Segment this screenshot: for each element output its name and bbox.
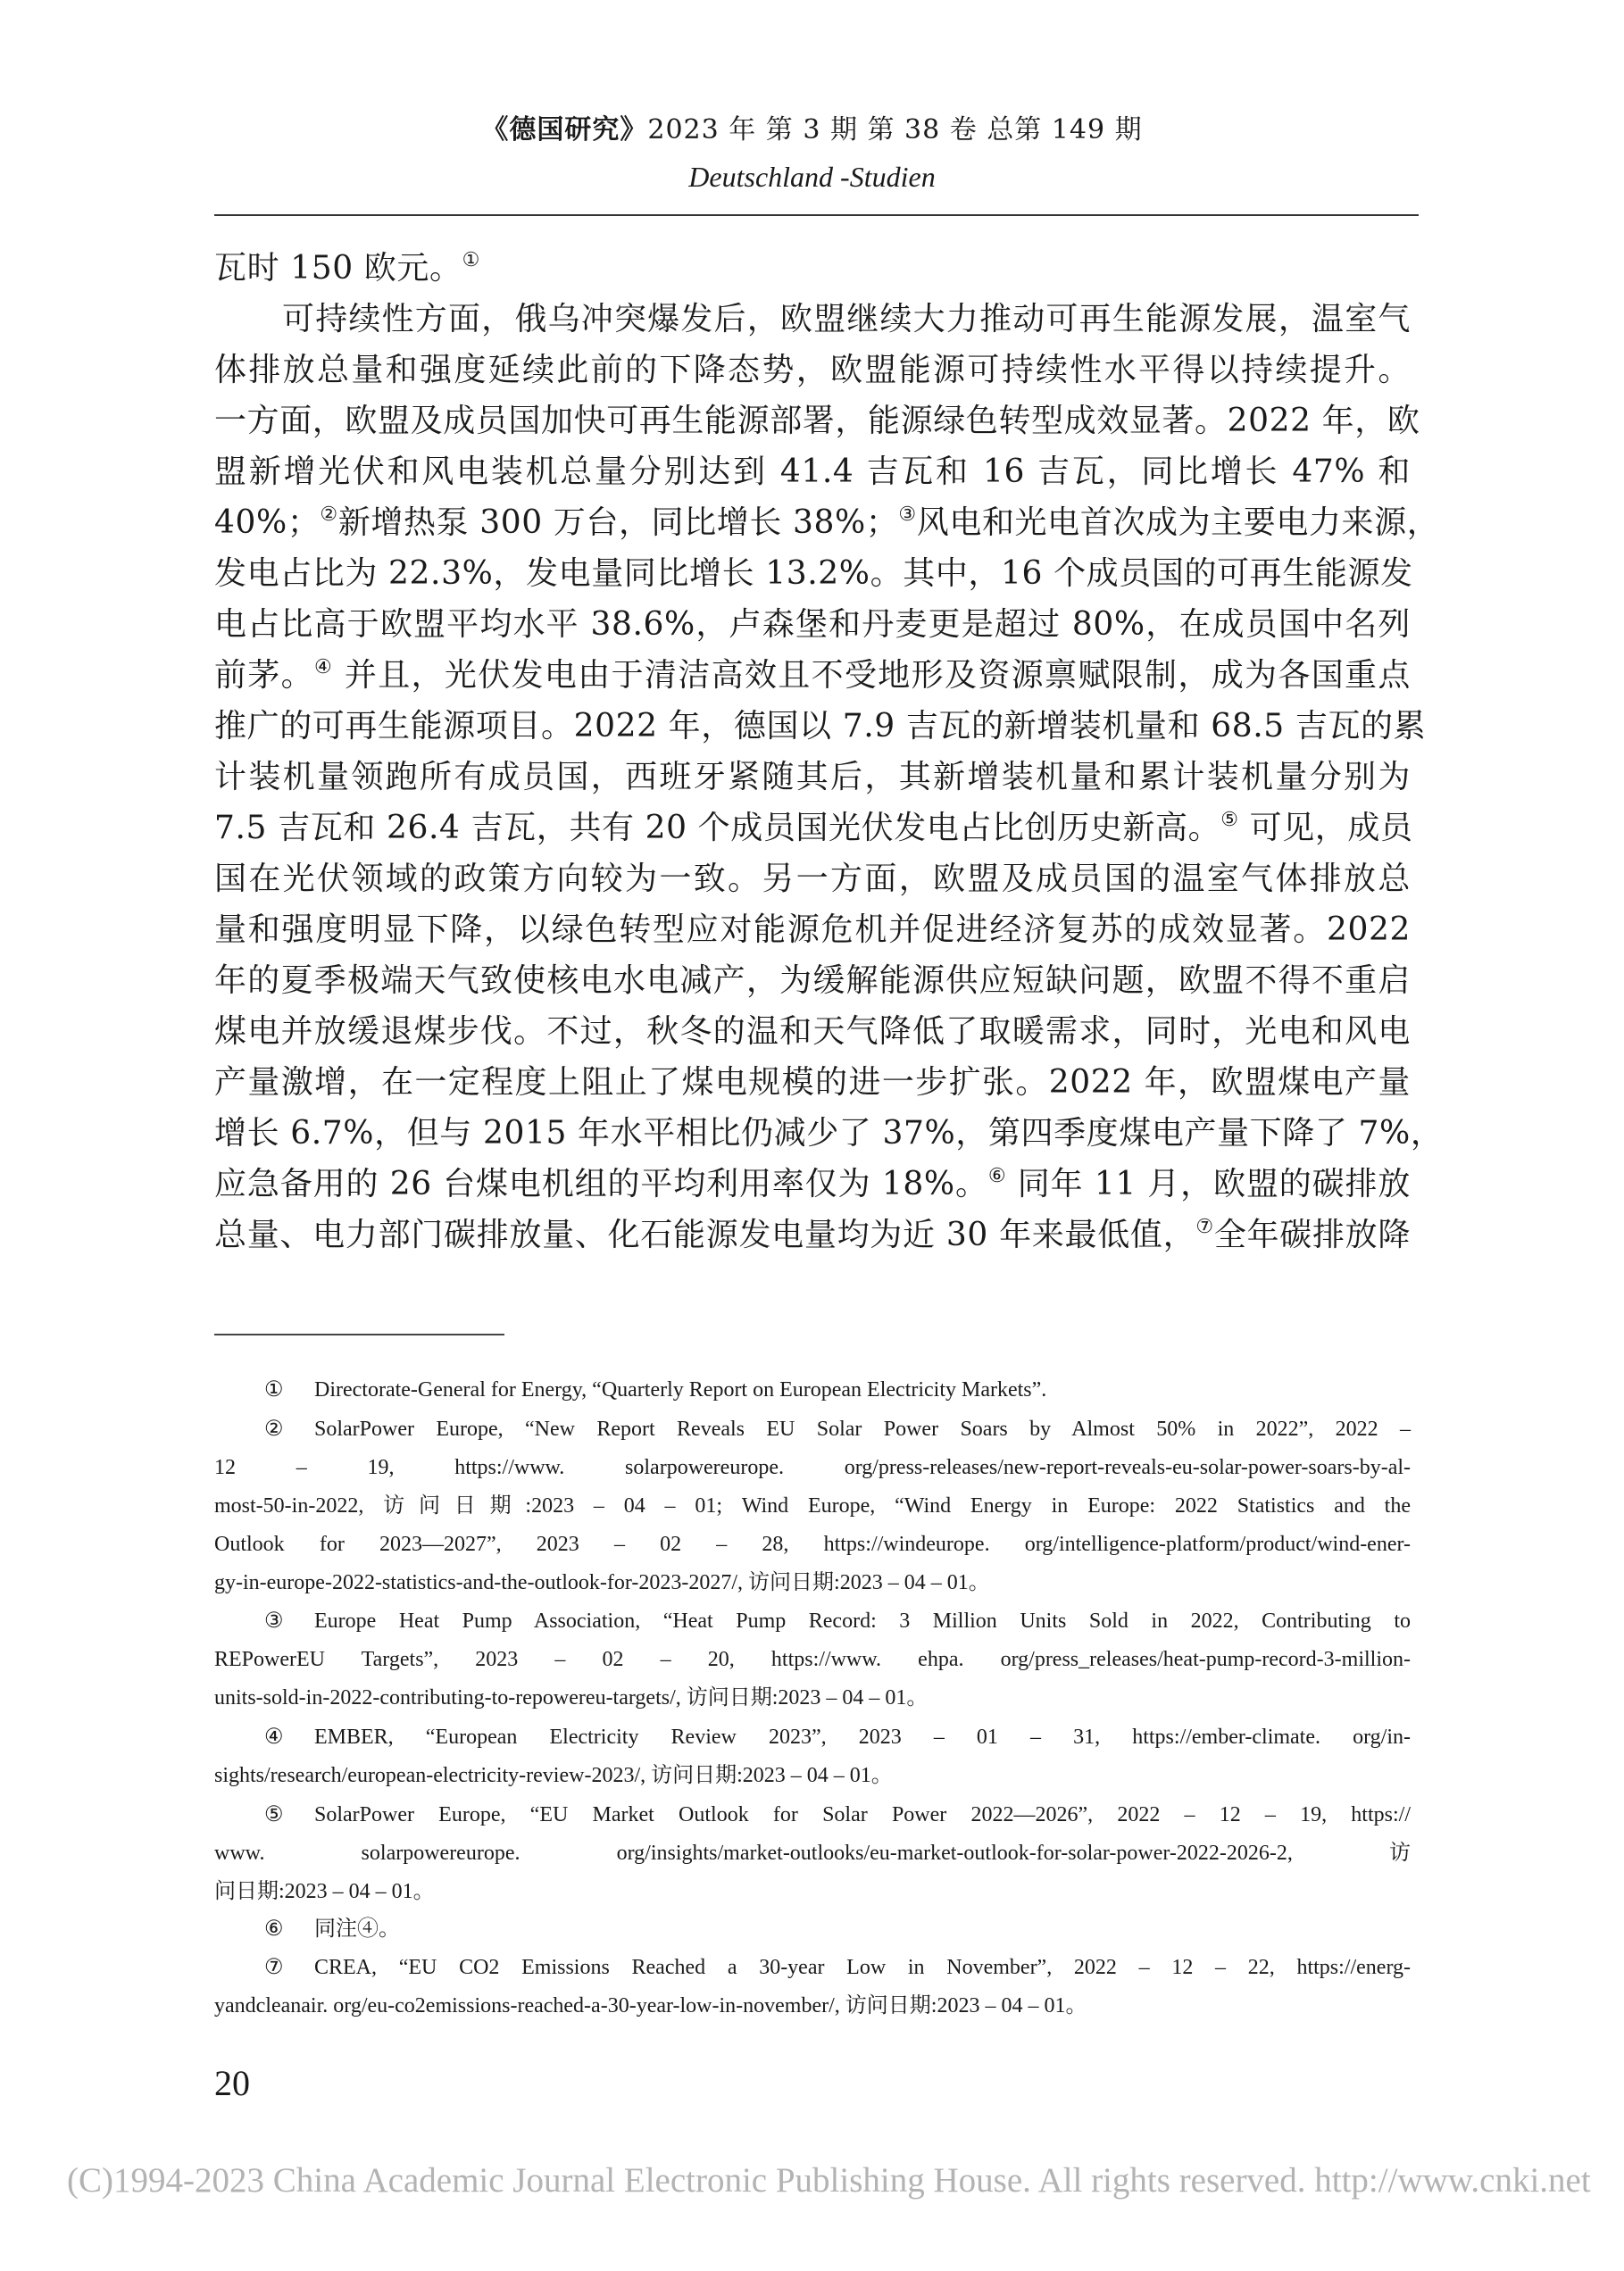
footnote-ref[interactable]: ④ — [314, 656, 333, 678]
footnote-line: ⑤SolarPower Europe, “EU Market Outlook f… — [264, 1796, 1411, 1834]
body-text-segment: 电占比高于欧盟平均水平 38.6%，卢森堡和丹麦更是超过 80%，在成员国中名列 — [214, 606, 1411, 643]
body-text-segment: 推广的可再生能源项目。2022 年，德国以 7.9 吉瓦的新增装机量和 68.5… — [214, 708, 1426, 745]
footnote-text: Outlook for 2023—2027”, 2023 – 02 – 28, … — [214, 1533, 1411, 1556]
body-line: 7.5 吉瓦和 26.4 吉瓦，共有 20 个成员国光伏发电占比创历史新高。⑤ … — [214, 803, 1411, 853]
footnote-line: ④EMBER, “European Electricity Review 202… — [264, 1718, 1411, 1757]
header-rule — [214, 214, 1419, 216]
body-text-segment: 总量、电力部门碳排放量、化石能源发电量均为近 30 年来最低值， — [214, 1217, 1195, 1253]
footnote-ref[interactable]: ① — [462, 249, 480, 271]
footnote-text: gy-in-europe-2022-statistics-and-the-out… — [214, 1571, 990, 1594]
footnote-ref[interactable]: ⑥ — [988, 1165, 1007, 1187]
footnote-text: Directorate-General for Energy, “Quarter… — [314, 1378, 1046, 1402]
body-line: 计装机量领跑所有成员国，西班牙紧随其后，其新增装机量和累计装机量分别为 — [214, 752, 1411, 803]
footnote-separator — [214, 1334, 504, 1335]
body-text-segment: 煤电并放缓退煤步伐。不过，秋冬的温和天气降低了取暖需求，同时，光电和风电 — [214, 1013, 1411, 1050]
footnote-line: 12 – 19, https://www. solarpowereurope. … — [214, 1449, 1411, 1487]
body-text-segment: 可持续性方面，俄乌冲突爆发后，欧盟继续大力推动可再生能源发展，温室气 — [282, 301, 1411, 337]
body-line: 煤电并放缓退煤步伐。不过，秋冬的温和天气降低了取暖需求，同时，光电和风电 — [214, 1006, 1411, 1057]
footnote-text: 问日期:2023 – 04 – 01。 — [214, 1880, 435, 1903]
body-text-segment: 增长 6.7%，但与 2015 年水平相比仍减少了 37%，第四季度煤电产量下降… — [214, 1115, 1443, 1152]
footnote-ref[interactable]: ⑦ — [1195, 1216, 1213, 1238]
footnote-marker: ④ — [264, 1718, 314, 1757]
body-line: 应急备用的 26 台煤电机组的平均利用率仅为 18%。⑥ 同年 11 月，欧盟的… — [214, 1159, 1411, 1210]
body-text-segment: 一方面，欧盟及成员国加快可再生能源部署，能源绿色转型成效显著。2022 年，欧 — [214, 403, 1420, 439]
body-line: 一方面，欧盟及成员国加快可再生能源部署，能源绿色转型成效显著。2022 年，欧 — [214, 395, 1411, 446]
footnote-line: units-sold-in-2022-contributing-to-repow… — [214, 1679, 1411, 1718]
footnote-line: www. solarpowereurope. org/insights/mark… — [214, 1834, 1411, 1873]
body-line: 可持续性方面，俄乌冲突爆发后，欧盟继续大力推动可再生能源发展，温室气 — [282, 294, 1411, 345]
body-line: 量和强度明显下降，以绿色转型应对能源危机并促进经济复苏的成效显著。2022 — [214, 904, 1411, 955]
footnote-line: Outlook for 2023—2027”, 2023 – 02 – 28, … — [214, 1526, 1411, 1564]
footnote-marker: ⑦ — [264, 1949, 314, 1987]
body-text-segment: 新增热泵 300 万台，同比增长 38%； — [338, 504, 899, 541]
body-line: 瓦时 150 欧元。① — [214, 243, 1411, 294]
footnote-line: ②SolarPower Europe, “New Report Reveals … — [264, 1410, 1411, 1449]
footnote-marker: ⑥ — [264, 1910, 314, 1949]
body-text-segment: 国在光伏领域的政策方向较为一致。另一方面，欧盟及成员国的温室气体排放总 — [214, 861, 1411, 897]
footnote-text: 12 – 19, https://www. solarpowereurope. … — [214, 1456, 1411, 1479]
body-line: 体排放总量和强度延续此前的下降态势，欧盟能源可持续性水平得以持续提升。 — [214, 345, 1411, 395]
footnote-text: CREA, “EU CO2 Emissions Reached a 30-yea… — [314, 1956, 1411, 1979]
footnote-line: REPowerEU Targets”, 2023 – 02 – 20, http… — [214, 1641, 1411, 1679]
footnote-text: most-50-in-2022, 访问日期:2023 – 04 – 01; Wi… — [214, 1494, 1411, 1518]
footnote-line: ③Europe Heat Pump Association, “Heat Pum… — [264, 1602, 1411, 1641]
body-text-segment: 发电占比为 22.3%，发电量同比增长 13.2%。其中，16 个成员国的可再生… — [214, 555, 1413, 592]
body-text-segment: 体排放总量和强度延续此前的下降态势，欧盟能源可持续性水平得以持续提升。 — [214, 352, 1411, 388]
body-text-segment: 瓦时 150 欧元。 — [214, 250, 462, 287]
footnote-line: ①Directorate-General for Energy, “Quarte… — [264, 1371, 1411, 1410]
body-line: 推广的可再生能源项目。2022 年，德国以 7.9 吉瓦的新增装机量和 68.5… — [214, 701, 1411, 752]
footnote-marker: ① — [264, 1371, 314, 1410]
body-text-segment: 产量激增，在一定程度上阻止了煤电规模的进一步扩张。2022 年，欧盟煤电产量 — [214, 1064, 1411, 1101]
body-text-segment: 盟新增光伏和风电装机总量分别达到 41.4 吉瓦和 16 吉瓦，同比增长 47%… — [214, 453, 1411, 490]
footnote-line: ⑦CREA, “EU CO2 Emissions Reached a 30-ye… — [264, 1949, 1411, 1987]
footnote-text: EMBER, “European Electricity Review 2023… — [314, 1726, 1411, 1749]
footnote-text: SolarPower Europe, “New Report Reveals E… — [314, 1418, 1411, 1441]
footnote-marker: ③ — [264, 1602, 314, 1641]
body-line: 盟新增光伏和风电装机总量分别达到 41.4 吉瓦和 16 吉瓦，同比增长 47%… — [214, 446, 1411, 497]
body-line: 国在光伏领域的政策方向较为一致。另一方面，欧盟及成员国的温室气体排放总 — [214, 853, 1411, 904]
body-line: 发电占比为 22.3%，发电量同比增长 13.2%。其中，16 个成员国的可再生… — [214, 548, 1411, 599]
journal-subtitle: Deutschland -Studien — [0, 157, 1624, 196]
footnote-text: yandcleanair. org/eu-co2emissions-reache… — [214, 1994, 1087, 2017]
body-text-segment: 并且，光伏发电由于清洁高效且不受地形及资源禀赋限制，成为各国重点 — [333, 657, 1411, 694]
body-line: 总量、电力部门碳排放量、化石能源发电量均为近 30 年来最低值，⑦全年碳排放降 — [214, 1210, 1411, 1260]
footnote-line: 问日期:2023 – 04 – 01。 — [214, 1873, 1411, 1911]
body-line: 前茅。④ 并且，光伏发电由于清洁高效且不受地形及资源禀赋限制，成为各国重点 — [214, 650, 1411, 701]
body-text-segment: 全年碳排放降 — [1214, 1217, 1411, 1253]
body-text-segment: 量和强度明显下降，以绿色转型应对能源危机并促进经济复苏的成效显著。2022 — [214, 911, 1411, 948]
body-text-segment: 同年 11 月，欧盟的碳排放 — [1006, 1166, 1411, 1202]
journal-name: 《德国研究》 — [481, 114, 647, 146]
footnote-line: sights/research/european-electricity-rev… — [214, 1757, 1411, 1795]
running-header: 《德国研究》2023 年 第 3 期 第 38 卷 总第 149 期 — [0, 111, 1624, 150]
footnote-line: ⑥同注④。 — [264, 1910, 1411, 1949]
issue-info: 2023 年 第 3 期 第 38 卷 总第 149 期 — [647, 114, 1142, 146]
journal-page: 《德国研究》2023 年 第 3 期 第 38 卷 总第 149 期 Deuts… — [0, 0, 1624, 2271]
footnote-marker: ⑤ — [264, 1796, 314, 1834]
footnote-text: REPowerEU Targets”, 2023 – 02 – 20, http… — [214, 1648, 1411, 1671]
body-text-segment: 计装机量领跑所有成员国，西班牙紧随其后，其新增装机量和累计装机量分别为 — [214, 759, 1411, 795]
footnote-text: www. solarpowereurope. org/insights/mark… — [214, 1842, 1411, 1865]
footnote-line: most-50-in-2022, 访问日期:2023 – 04 – 01; Wi… — [214, 1487, 1411, 1526]
body-text-segment: 可见，成员 — [1239, 810, 1413, 846]
footnote-text: sights/research/european-electricity-rev… — [214, 1764, 893, 1787]
body-text-segment: 前茅。 — [214, 657, 314, 694]
footnote-line: yandcleanair. org/eu-co2emissions-reache… — [214, 1987, 1411, 2026]
footnote-ref[interactable]: ② — [320, 503, 337, 526]
body-line: 电占比高于欧盟平均水平 38.6%，卢森堡和丹麦更是超过 80%，在成员国中名列 — [214, 599, 1411, 650]
footnote-text: units-sold-in-2022-contributing-to-repow… — [214, 1686, 928, 1709]
body-line: 产量激增，在一定程度上阻止了煤电规模的进一步扩张。2022 年，欧盟煤电产量 — [214, 1057, 1411, 1108]
copyright-watermark: (C)1994-2023 China Academic Journal Elec… — [67, 2159, 1620, 2203]
body-text-segment: 40%； — [214, 504, 320, 541]
body-text-segment: 应急备用的 26 台煤电机组的平均利用率仅为 18%。 — [214, 1166, 988, 1202]
body-line: 增长 6.7%，但与 2015 年水平相比仍减少了 37%，第四季度煤电产量下降… — [214, 1108, 1411, 1159]
page-number: 20 — [214, 2064, 250, 2103]
footnote-text: Europe Heat Pump Association, “Heat Pump… — [314, 1610, 1411, 1633]
body-text-segment: 7.5 吉瓦和 26.4 吉瓦，共有 20 个成员国光伏发电占比创历史新高。 — [214, 810, 1220, 846]
footnote-line: gy-in-europe-2022-statistics-and-the-out… — [214, 1564, 1411, 1602]
body-line: 年的夏季极端天气致使核电水电减产，为缓解能源供应短缺问题，欧盟不得不重启 — [214, 955, 1411, 1006]
footnote-text: SolarPower Europe, “EU Market Outlook fo… — [314, 1803, 1411, 1826]
footnote-marker: ② — [264, 1410, 314, 1449]
body-line: 40%；②新增热泵 300 万台，同比增长 38%；③风电和光电首次成为主要电力… — [214, 497, 1411, 548]
body-text-segment: 风电和光电首次成为主要电力来源， — [917, 504, 1440, 541]
footnote-ref[interactable]: ⑤ — [1220, 809, 1238, 831]
footnote-ref[interactable]: ③ — [898, 503, 916, 526]
footnote-text: 同注④。 — [314, 1917, 400, 1941]
body-text-segment: 年的夏季极端天气致使核电水电减产，为缓解能源供应短缺问题，欧盟不得不重启 — [214, 962, 1411, 999]
